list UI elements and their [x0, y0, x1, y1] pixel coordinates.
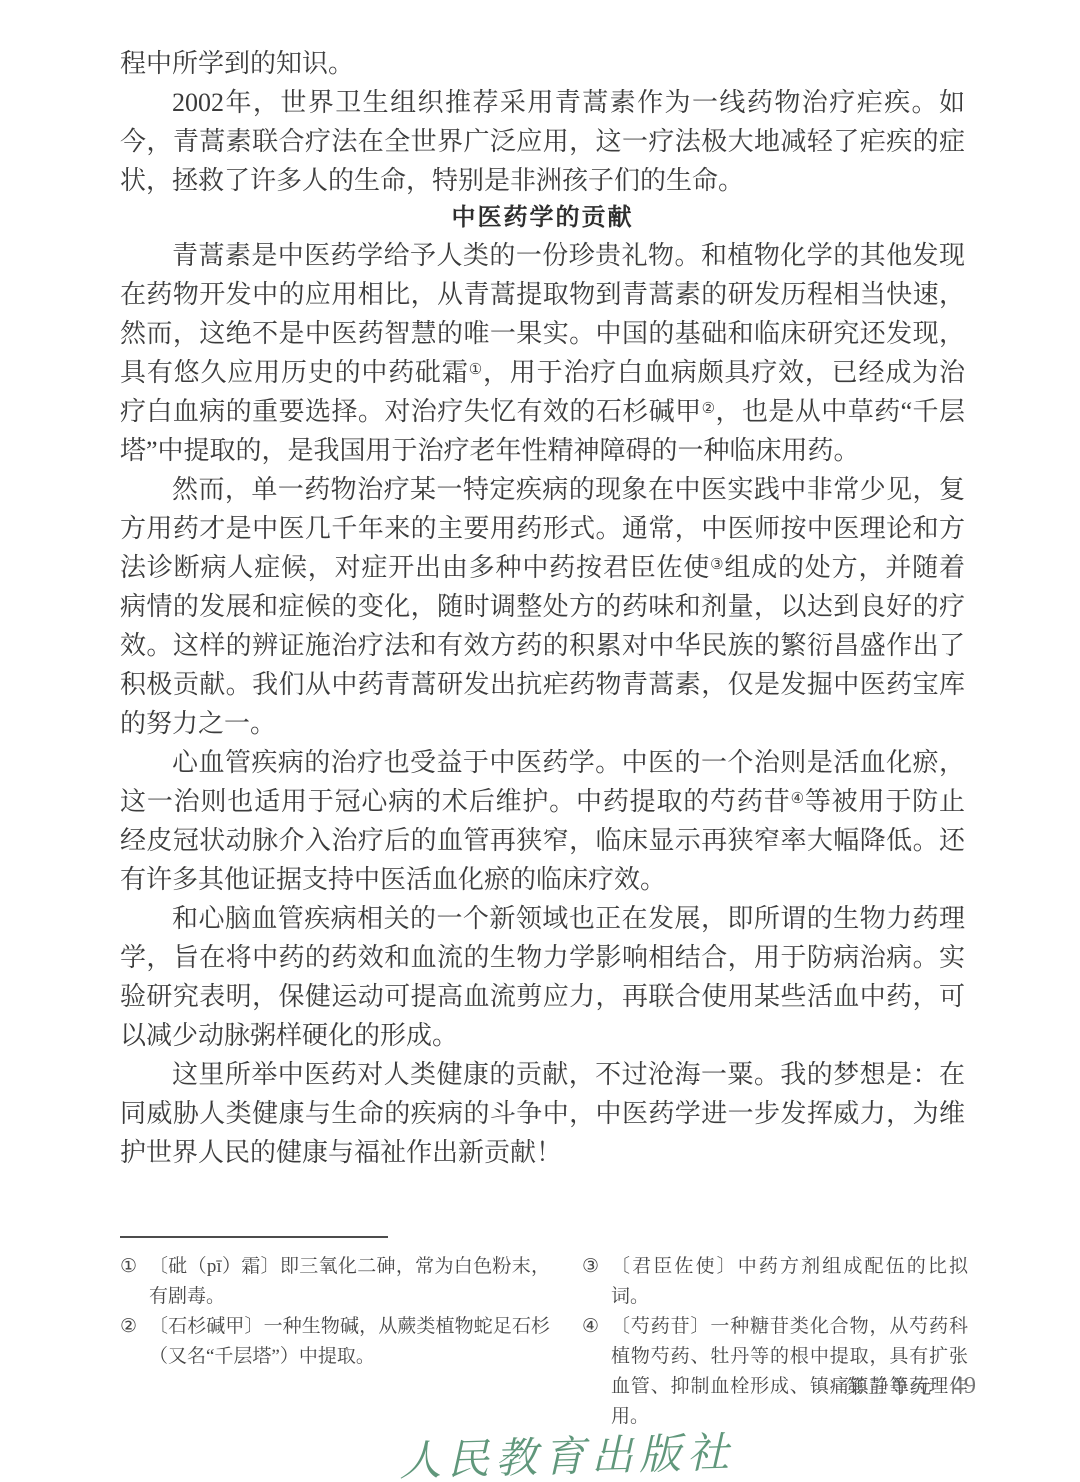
footnotes: ①〔砒（pī）霜〕即三氧化二砷，常为白色粉末，有剧毒。②〔石杉碱甲〕一种生物碱，…: [120, 1252, 968, 1432]
logo-row: 人民教育出版社: [0, 1424, 1080, 1482]
footnote-separator: [120, 1236, 388, 1238]
paragraph: 青蒿素是中医药学给予人类的一份珍贵礼物。和植物化学的其他发现在药物开发中的应用相…: [120, 236, 965, 470]
footnote-item: ①〔砒（pī）霜〕即三氧化二砷，常为白色粉末，有剧毒。: [120, 1252, 550, 1312]
page-number: 49: [952, 1373, 976, 1400]
footnote-ref: ④: [791, 791, 805, 807]
publisher-logo: 人民教育出版社: [399, 1420, 736, 1482]
footnote-text: 〔君臣佐使〕中药方剂组成配伍的比拟词。: [611, 1252, 968, 1312]
unit-label: 第三单元: [846, 1372, 934, 1399]
footnote-marker: ③: [582, 1252, 611, 1312]
footnote-item: ②〔石杉碱甲〕一种生物碱，从蕨类植物蛇足石杉（又名“千层塔”）中提取。: [120, 1312, 550, 1372]
footnote-marker: ②: [120, 1312, 149, 1372]
paragraph: 心血管疾病的治疗也受益于中医药学。中医的一个治则是活血化瘀，这一治则也适用于冠心…: [120, 743, 965, 899]
intro-paragraph: 2002年，世界卫生组织推荐采用青蒿素作为一线药物治疗疟疾。如今，青蒿素联合疗法…: [120, 83, 965, 200]
page-footer: 第三单元 49: [846, 1372, 976, 1400]
footnote-marker: ④: [582, 1312, 611, 1432]
footnotes-left: ①〔砒（pī）霜〕即三氧化二砷，常为白色粉末，有剧毒。②〔石杉碱甲〕一种生物碱，…: [120, 1252, 550, 1432]
footnote-ref: ②: [702, 401, 716, 417]
footnotes-right: ③〔君臣佐使〕中药方剂组成配伍的比拟词。④〔芍药苷〕一种糖苷类化合物，从芍药科植…: [582, 1252, 968, 1432]
section-title: 中医药学的贡献: [120, 200, 965, 236]
paragraph: 然而，单一药物治疗某一特定疾病的现象在中医实践中非常少见，复方用药才是中医几千年…: [120, 470, 965, 743]
paragraph-text: 这里所举中医药对人类健康的贡献，不过沧海一粟。我的梦想是：在同威胁人类健康与生命…: [120, 1060, 965, 1167]
intro-continuation-line: 程中所学到的知识。: [120, 44, 965, 83]
paragraph: 和心脑血管疾病相关的一个新领域也正在发展，即所谓的生物力药理学，旨在将中药的药效…: [120, 899, 965, 1055]
textbook-page: 程中所学到的知识。 2002年，世界卫生组织推荐采用青蒿素作为一线药物治疗疟疾。…: [0, 0, 1080, 1482]
footnote-marker: ①: [120, 1252, 149, 1312]
page-content: 程中所学到的知识。 2002年，世界卫生组织推荐采用青蒿素作为一线药物治疗疟疾。…: [120, 44, 965, 1172]
section-paragraphs: 青蒿素是中医药学给予人类的一份珍贵礼物。和植物化学的其他发现在药物开发中的应用相…: [120, 236, 965, 1172]
footnote-text: 〔石杉碱甲〕一种生物碱，从蕨类植物蛇足石杉（又名“千层塔”）中提取。: [149, 1312, 550, 1372]
paragraph: 这里所举中医药对人类健康的贡献，不过沧海一粟。我的梦想是：在同威胁人类健康与生命…: [120, 1055, 965, 1172]
footnote-ref: ③: [710, 557, 724, 573]
footnote-item: ③〔君臣佐使〕中药方剂组成配伍的比拟词。: [582, 1252, 968, 1312]
footnote-text: 〔砒（pī）霜〕即三氧化二砷，常为白色粉末，有剧毒。: [149, 1252, 550, 1312]
paragraph-text: 和心脑血管疾病相关的一个新领域也正在发展，即所谓的生物力药理学，旨在将中药的药效…: [120, 904, 965, 1050]
footnote-ref: ①: [469, 362, 483, 378]
